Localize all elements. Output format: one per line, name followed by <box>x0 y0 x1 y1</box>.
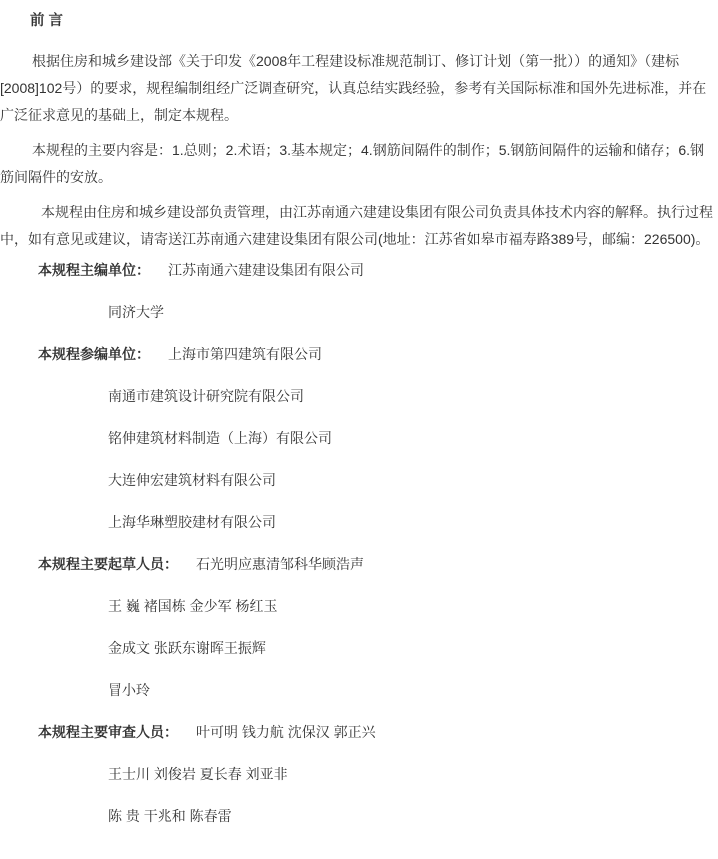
review-personnel-names: 王士川 刘俊岩 夏长春 刘亚非 <box>108 766 288 782</box>
participating-unit-value: 大连伸宏建筑材料有限公司 <box>108 472 276 488</box>
review-personnel-row: 陈 贵 干兆和 陈春雷 <box>0 807 718 826</box>
paragraph-main-contents: 本规程的主要内容是：1.总则；2.术语；3.基本规定；4.钢筋间隔件的制作；5.… <box>0 137 718 191</box>
participating-units-row: 上海华琳塑胶建材有限公司 <box>0 513 718 532</box>
review-personnel-row: 王士川 刘俊岩 夏长春 刘亚非 <box>0 765 718 784</box>
drafting-personnel-row: 王 巍 褚国栋 金少军 杨红玉 <box>0 597 718 616</box>
foreword-document: 前 言 根据住房和城乡建设部《关于印发《2008年工程建设标准规范制订、修订计划… <box>0 0 718 859</box>
chief-editor-unit-row: 本规程主编单位：江苏南通六建建设集团有限公司 <box>0 261 718 280</box>
review-personnel-label: 本规程主要审查人员： <box>38 724 178 740</box>
drafting-personnel-names: 石光明应惠清邹科华顾浩声 <box>196 556 364 572</box>
credits-sections: 本规程主编单位：江苏南通六建建设集团有限公司 同济大学 本规程参编单位：上海市第… <box>0 261 718 826</box>
drafting-personnel-row: 金成文 张跃东谢晖王振辉 <box>0 639 718 658</box>
drafting-personnel-row: 本规程主要起草人员：石光明应惠清邹科华顾浩声 <box>0 555 718 574</box>
review-personnel-row: 本规程主要审查人员：叶可明 钱力航 沈保汉 郭正兴 <box>0 723 718 742</box>
page-title: 前 言 <box>0 11 718 31</box>
participating-units-row: 南通市建筑设计研究院有限公司 <box>0 387 718 406</box>
participating-unit-value: 铭伸建筑材料制造（上海）有限公司 <box>108 430 332 446</box>
drafting-personnel-names: 冒小玲 <box>108 682 150 698</box>
paragraph-management-contact: 本规程由住房和城乡建设部负责管理，由江苏南通六建建设集团有限公司负责具体技术内容… <box>0 199 718 253</box>
review-personnel-names: 叶可明 钱力航 沈保汉 郭正兴 <box>196 724 376 740</box>
chief-editor-unit-label: 本规程主编单位： <box>38 262 150 278</box>
chief-editor-unit-value: 江苏南通六建建设集团有限公司 <box>168 262 364 278</box>
chief-editor-unit-value: 同济大学 <box>108 304 164 320</box>
drafting-personnel-label: 本规程主要起草人员： <box>38 556 178 572</box>
chief-editor-unit-row: 同济大学 <box>0 303 718 322</box>
participating-unit-value: 南通市建筑设计研究院有限公司 <box>108 388 304 404</box>
drafting-personnel-names: 金成文 张跃东谢晖王振辉 <box>108 640 266 656</box>
participating-unit-value: 上海华琳塑胶建材有限公司 <box>108 514 276 530</box>
drafting-personnel-row: 冒小玲 <box>0 681 718 700</box>
participating-units-row: 铭伸建筑材料制造（上海）有限公司 <box>0 429 718 448</box>
drafting-personnel-names: 王 巍 褚国栋 金少军 杨红玉 <box>108 598 278 614</box>
participating-units-row: 大连伸宏建筑材料有限公司 <box>0 471 718 490</box>
participating-units-label: 本规程参编单位： <box>38 346 150 362</box>
review-personnel-names: 陈 贵 干兆和 陈春雷 <box>108 808 232 824</box>
participating-unit-value: 上海市第四建筑有限公司 <box>168 346 322 362</box>
participating-units-row: 本规程参编单位：上海市第四建筑有限公司 <box>0 345 718 364</box>
paragraph-basis: 根据住房和城乡建设部《关于印发《2008年工程建设标准规范制订、修订计划（第一批… <box>0 48 718 129</box>
